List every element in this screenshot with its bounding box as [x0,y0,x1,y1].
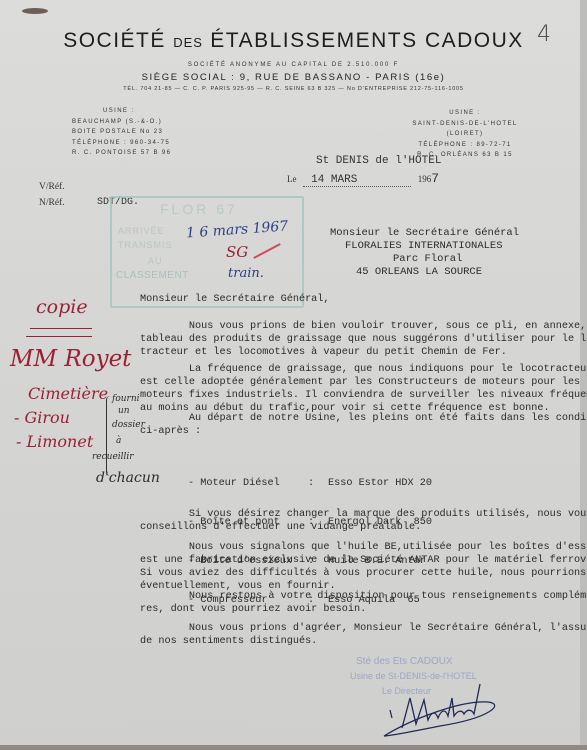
paragraph-4: Si vous désirez changer la marque des pr… [140,508,587,534]
usine-saint-denis: USINE : SAINT-DENIS-DE-L'HOTEL (LOIRET) … [405,108,525,161]
recipient-line1: Monsieur le Secrétaire Général [330,227,519,240]
paragraph-1: Nous vous prions de bien vouloir trouver… [140,320,587,359]
usine-line: BEAUCHAMP (S.-&-O.) [72,117,171,128]
year-suffix: 7 [431,171,439,186]
place: St DENIS de l'HOTEL [316,155,441,167]
handwritten-sg: SG [226,243,248,261]
date-line: Le 14 MARS 1967 [287,171,457,187]
paragraph-2: La fréquence de graissage, que nous indi… [140,363,587,415]
margin-note-copie: copie [36,296,88,318]
component: - Moteur Diésel [188,477,308,490]
underline-1 [30,328,92,329]
usine-line: BOITE POSTALE No 23 [72,127,171,138]
stamp-line: TRANSMIS [118,240,173,250]
paragraph-5: Nous vous signalons que l'huile BE,utili… [140,541,587,593]
v-ref-label: V/Réf. [39,182,65,192]
paragraph-6: Nous restons à votre disposition pour to… [140,590,587,616]
page-edge-bottom [0,745,587,750]
ink-smudge [22,8,48,14]
company-name: SOCIÉTÉ DES ÉTABLISSEMENTS CADOUX [0,29,587,53]
stamp-line: ARRIVÉE [118,226,165,236]
recipient-line2: FLORALIES INTERNATIONALES [345,240,503,253]
usine-beauchamp: USINE : BEAUCHAMP (S.-&-O.) BOITE POSTAL… [72,106,171,159]
paragraph-7: Nous vous prions d'agréer, Monsieur le S… [140,622,587,648]
capital-line: SOCIÉTÉ ANONYME AU CAPITAL DE 2.510.000 … [0,62,587,68]
side-note-line: d'chacun [96,470,160,486]
date-year: 1967 [418,174,439,184]
usine-line: SAINT-DENIS-DE-L'HOTEL [405,119,525,130]
side-note-line: un [118,406,130,416]
margin-note-name2: - Girou [14,408,70,427]
margin-note-royet: MM Royet [10,346,131,372]
usine-line: (LOIRET) [405,129,525,140]
usine-line: R. C. PONTOISE 57 B 96 [72,148,171,159]
margin-note-name1: Cimetière [28,384,108,403]
siege-social: SIÈGE SOCIAL : 9, RUE DE BASSANO - PARIS… [0,72,587,83]
company-name-part3: ÉTABLISSEMENTS CADOUX [210,29,524,52]
usine-label: USINE : [405,108,525,119]
side-note-line: à [116,436,121,446]
stamp-title: FLOR 67 [160,201,238,217]
company-name-part1: SOCIÉTÉ [63,29,166,52]
usine-line: TÉLÉPHONE : 89-72-71 [405,140,525,151]
company-name-part2: DES [173,35,203,50]
paragraph-3: Au départ de notre Usine, les pleins ont… [140,412,587,438]
side-note-line: dossier [112,420,145,430]
year-prefix: 196 [418,174,432,184]
n-ref-label: N/Réf. [39,198,65,208]
signature [380,680,510,740]
usine-label: USINE : [72,106,171,117]
handwritten-page-number: 4 [537,22,551,47]
salutation: Monsieur le Secrétaire Général, [140,293,330,306]
side-note-line: recueillir [92,452,134,462]
stamp-line: AU [148,256,163,266]
underline-2 [26,336,92,337]
usine-line: TÉLÉPHONE : 960-34-75 [72,138,171,149]
lubricant-row: - Moteur Diésel : Esso Estor HDX 20 [188,477,432,490]
date-le-label: Le [287,174,297,184]
stamp-classement: CLASSEMENT [116,270,189,281]
date-value: 14 MARS [303,174,411,187]
separator: : [308,477,328,490]
recipient-line3: Parc Floral [393,253,462,266]
margin-note-name3: - Limonet [16,432,93,451]
margin-bracket [106,396,111,476]
product: Esso Estor HDX 20 [328,477,432,490]
company-stamp-line1: Sté des Ets CADOUX [356,656,453,667]
side-note-line: fourni [112,394,140,404]
recipient-line4: 45 ORLEANS LA SOURCE [356,266,482,279]
handwritten-note: train. [228,266,264,281]
contact-line: TÉL. 704 21-85 — C. C. P. PARIS 925-95 —… [0,86,587,92]
